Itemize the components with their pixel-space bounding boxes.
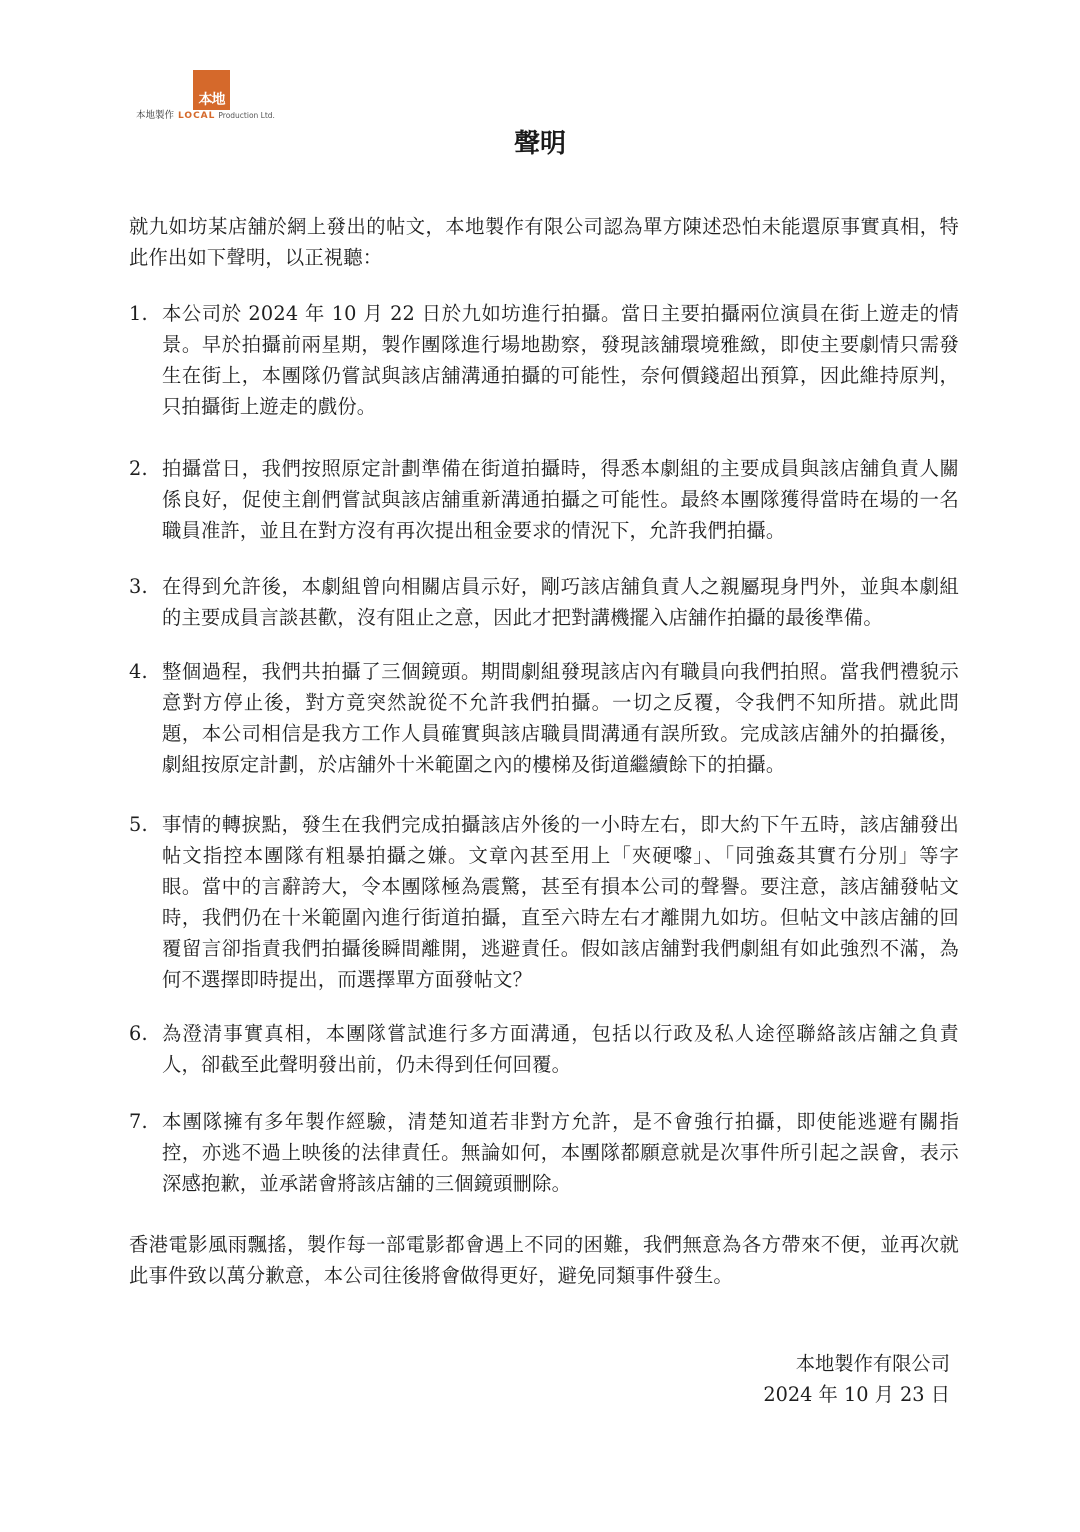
item-number: 5. — [129, 809, 159, 840]
item-text: 事情的轉捩點，發生在我們完成拍攝該店外後的一小時左右，即大約下午五時，該店舖發出… — [162, 809, 959, 995]
logo-mark-text: 本地 — [193, 92, 230, 108]
statement-item-7: 7. 本團隊擁有多年製作經驗，清楚知道若非對方允許，是不會強行拍攝，即使能逃避有… — [129, 1106, 959, 1199]
item-number: 7. — [129, 1106, 159, 1137]
statement-item-6: 6. 為澄清事實真相，本團隊嘗試進行多方面溝通，包括以行政及私人途徑聯絡該店舖之… — [129, 1018, 959, 1080]
intro-paragraph: 就九如坊某店舖於網上發出的帖文，本地製作有限公司認為單方陳述恐怕未能還原事實真相… — [129, 211, 959, 273]
item-number: 1. — [129, 298, 159, 329]
item-text: 為澄清事實真相，本團隊嘗試進行多方面溝通，包括以行政及私人途徑聯絡該店舖之負責人… — [162, 1018, 959, 1080]
statement-item-5: 5. 事情的轉捩點，發生在我們完成拍攝該店外後的一小時左右，即大約下午五時，該店… — [129, 809, 959, 995]
item-text: 在得到允許後，本劇組曾向相關店員示好，剛巧該店舖負責人之親屬現身門外，並與本劇組… — [162, 571, 959, 633]
statement-item-1: 1. 本公司於 2024 年 10 月 22 日於九如坊進行拍攝。當日主要拍攝兩… — [129, 298, 959, 422]
logo-brand-word: LOCAL — [178, 111, 215, 121]
signature-company: 本地製作有限公司 — [763, 1348, 950, 1379]
logo-chinese-name: 本地製作 — [136, 110, 174, 121]
statement-item-3: 3. 在得到允許後，本劇組曾向相關店員示好，剛巧該店舖負責人之親屬現身門外，並與… — [129, 571, 959, 633]
item-number: 6. — [129, 1018, 159, 1049]
item-number: 2. — [129, 453, 159, 484]
item-number: 3. — [129, 571, 159, 602]
item-number: 4. — [129, 656, 159, 687]
logo-wordmark: 本地製作LOCALProduction Ltd. — [136, 110, 275, 122]
item-text: 整個過程，我們共拍攝了三個鏡頭。期間劇組發現該店內有職員向我們拍照。當我們禮貌示… — [162, 656, 959, 780]
company-logo: 本地 本地製作LOCALProduction Ltd. — [136, 70, 306, 122]
item-text: 本公司於 2024 年 10 月 22 日於九如坊進行拍攝。當日主要拍攝兩位演員… — [162, 298, 959, 422]
item-text: 拍攝當日，我們按照原定計劃準備在街道拍攝時，得悉本劇組的主要成員與該店舖負責人關… — [162, 453, 959, 546]
statement-item-4: 4. 整個過程，我們共拍攝了三個鏡頭。期間劇組發現該店內有職員向我們拍照。當我們… — [129, 656, 959, 780]
closing-paragraph: 香港電影風雨飄搖，製作每一部電影都會遇上不同的困難，我們無意為各方帶來不便，並再… — [129, 1229, 959, 1291]
signature-date: 2024 年 10 月 23 日 — [763, 1379, 950, 1410]
signature-block: 本地製作有限公司 2024 年 10 月 23 日 — [763, 1348, 950, 1410]
logo-english-suffix: Production Ltd. — [218, 111, 275, 120]
document-title: 聲明 — [0, 127, 1080, 161]
statement-item-2: 2. 拍攝當日，我們按照原定計劃準備在街道拍攝時，得悉本劇組的主要成員與該店舖負… — [129, 453, 959, 546]
item-text: 本團隊擁有多年製作經驗，清楚知道若非對方允許，是不會強行拍攝，即使能逃避有關指控… — [162, 1106, 959, 1199]
logo-mark: 本地 — [193, 70, 230, 110]
